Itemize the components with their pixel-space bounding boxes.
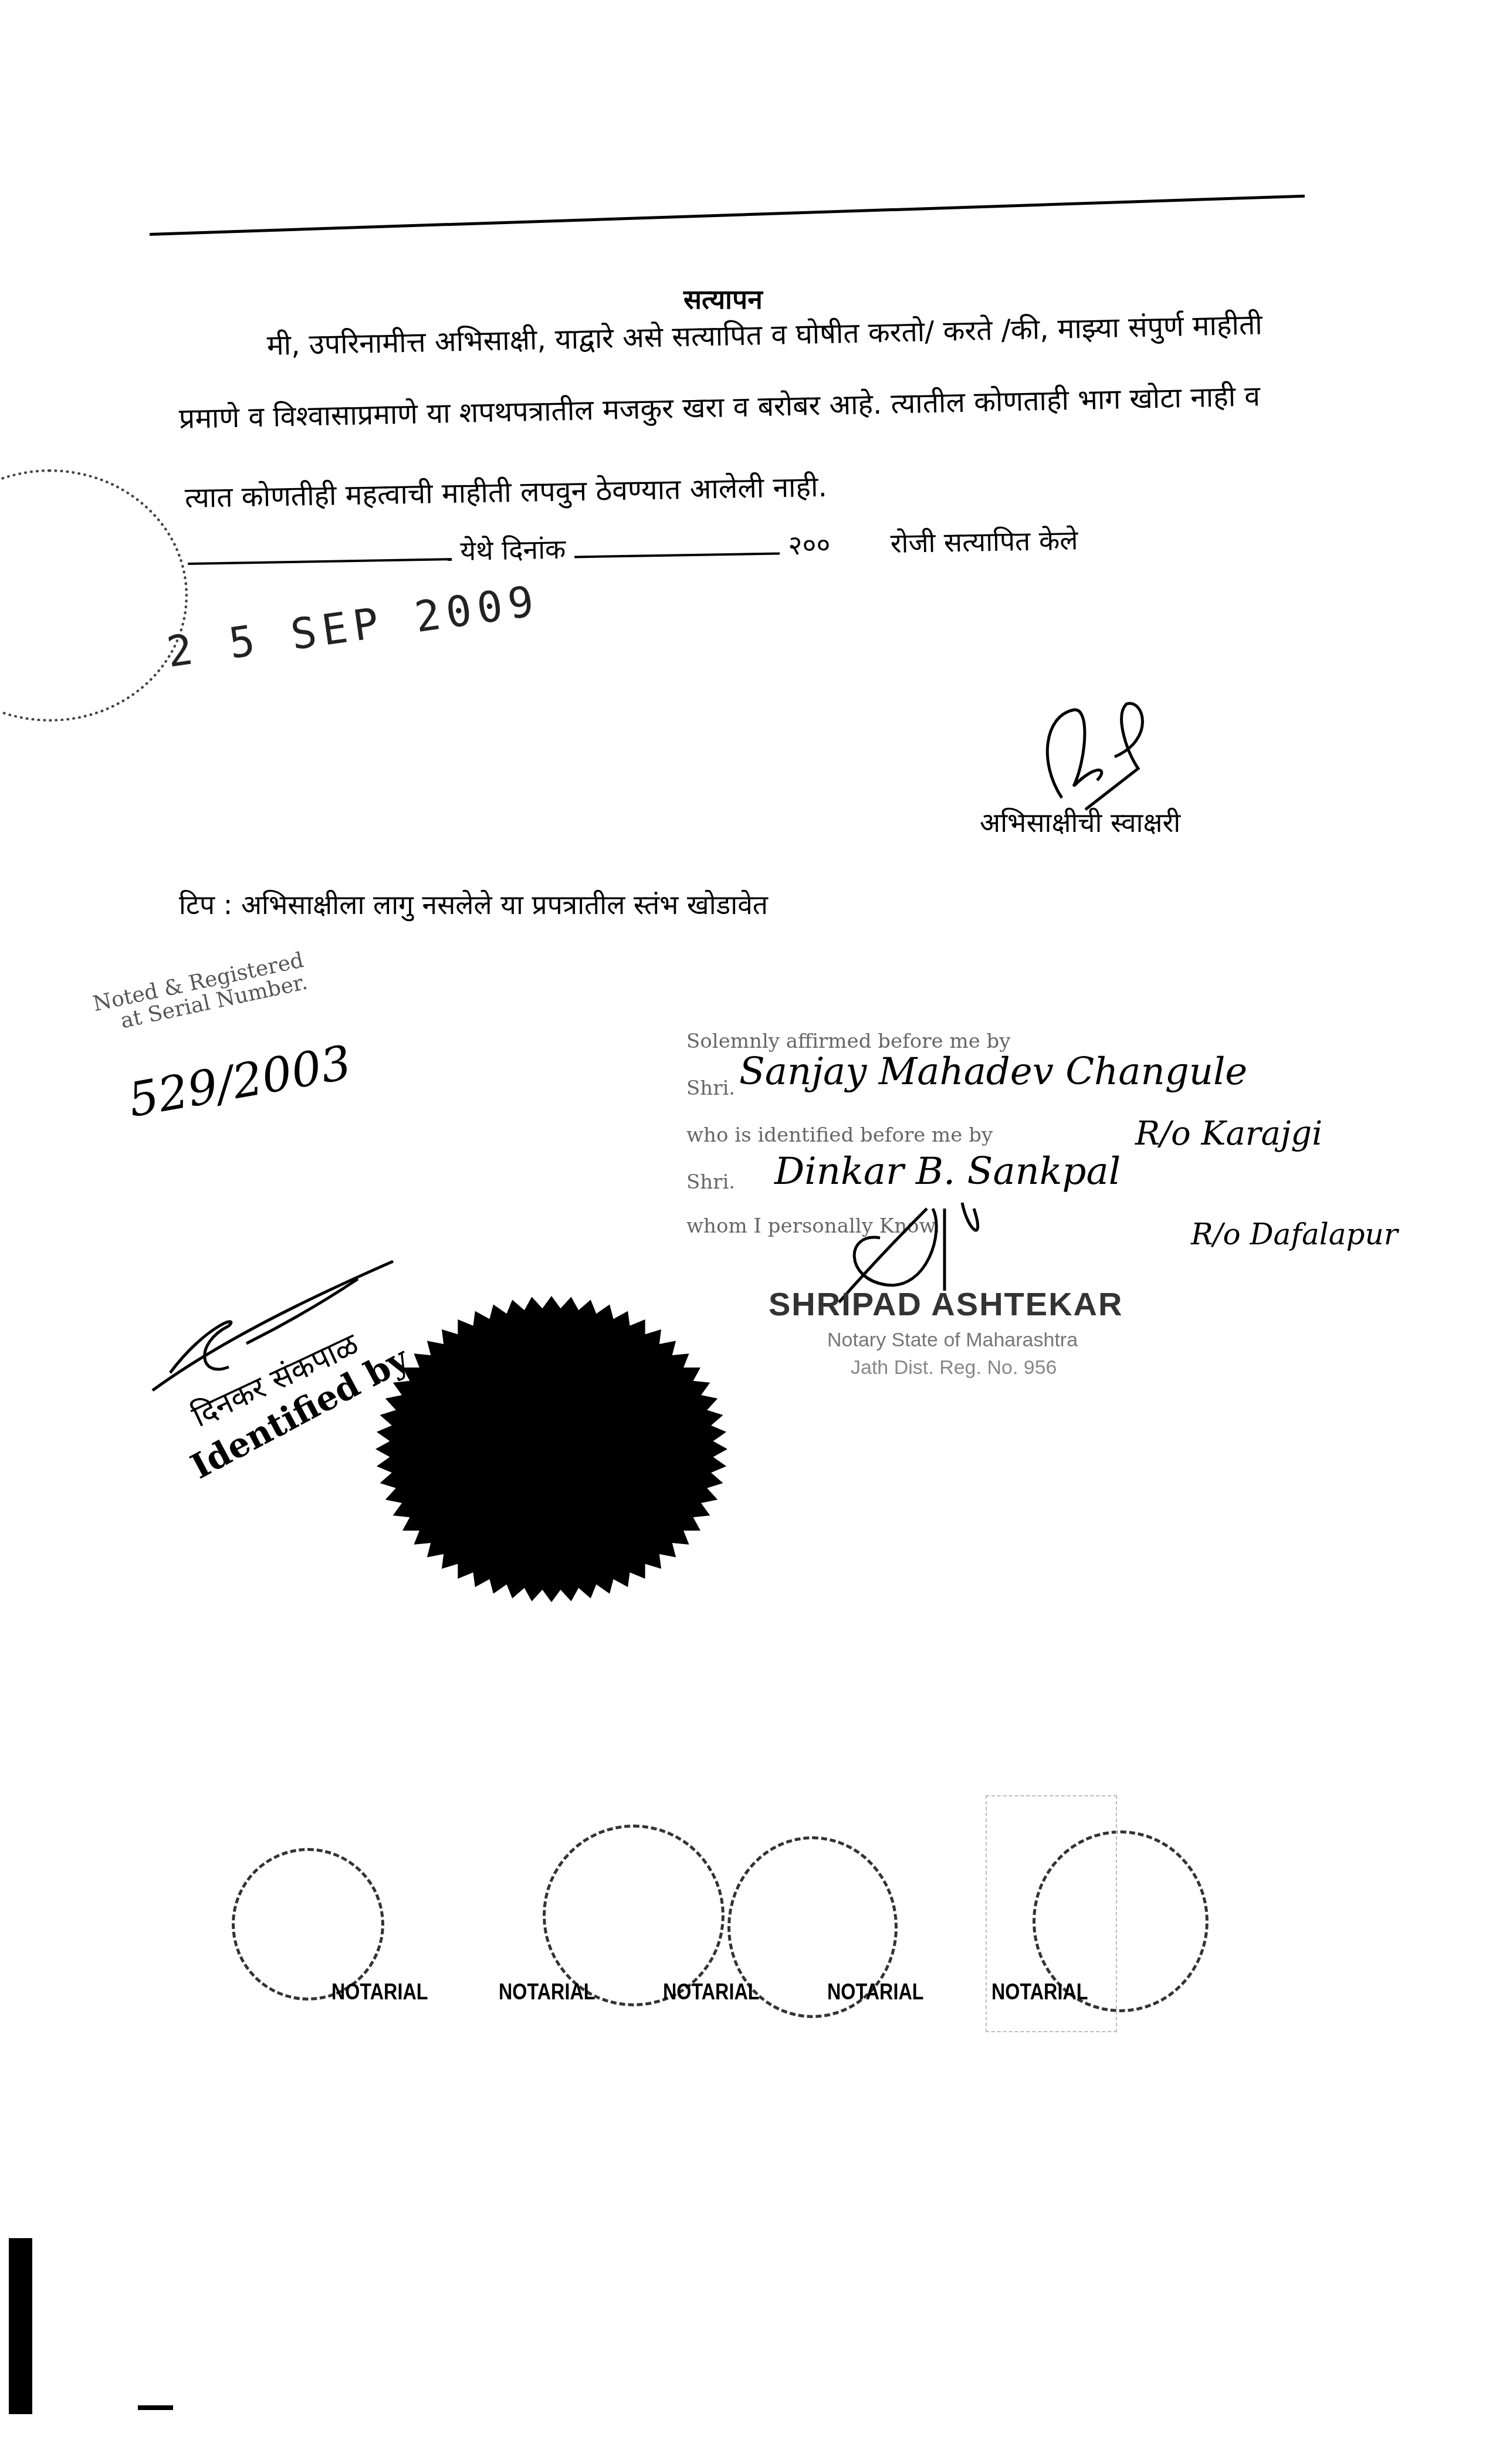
left-notary-seal — [0, 469, 188, 722]
date-blank — [574, 551, 780, 558]
heading: सत्यापन — [683, 280, 763, 317]
notary-title: Notary State of Maharashtra — [827, 1329, 1078, 1352]
place-blank — [188, 557, 452, 565]
scan-artifact — [9, 2238, 32, 2414]
at-date-label: येथे दिनांक — [460, 533, 566, 567]
identifier-place-handwritten: R/o Dafalapur — [1191, 1217, 1398, 1251]
place-date-line: येथे दिनांक २०० रोजी सत्यापित केले — [187, 522, 1078, 573]
affirmed-line: Solemnly affirmed before me by — [686, 1030, 1011, 1053]
shri-line-2: Shri. — [686, 1170, 735, 1194]
notarial-label-5: NOTARIAL — [991, 1980, 1088, 2005]
date-stamp: 2 5 SEP 2009 — [164, 576, 543, 676]
verified-suffix: रोजी सत्यापित केले — [890, 524, 1078, 560]
year-prefix: २०० — [788, 529, 831, 561]
notarial-label-2: NOTARIAL — [499, 1980, 595, 2005]
deponent-name-handwritten: Sanjay Mahadev Changule — [739, 1050, 1247, 1094]
serial-number: 529/2003 — [124, 1035, 356, 1128]
notary-reg-no: Jath Dist. Reg. No. 956 — [851, 1356, 1057, 1379]
verification-line-3: त्यात कोणतीही महत्वाची माहीती लपवुन ठेवण… — [184, 467, 827, 516]
embossed-seal — [364, 1285, 739, 1613]
identified-line: who is identified before me by — [686, 1123, 993, 1147]
scan-artifact-mark — [138, 2405, 173, 2410]
notarial-seal-1 — [232, 1848, 384, 2001]
notarial-label-4: NOTARIAL — [827, 1980, 923, 2005]
notarial-label-1: NOTARIAL — [331, 1980, 428, 2005]
notarial-seal-2 — [543, 1825, 725, 2006]
registration-stamp: Noted & Registered at Serial Number. — [45, 949, 310, 1047]
top-rule — [150, 195, 1305, 236]
identifier-name-handwritten: Dinkar B. Sankpal — [774, 1150, 1121, 1193]
notary-name: SHRIPAD ASHTEKAR — [769, 1285, 1123, 1323]
verification-line-2: प्रमाणे व विश्वासाप्रमाणे या शपथपत्रातील… — [178, 376, 1260, 437]
deponent-place-handwritten: R/o Karajgi — [1135, 1115, 1322, 1153]
deponent-signature-label: अभिसाक्षीची स्वाक्षरी — [980, 804, 1180, 840]
note: टिप : अभिसाक्षीला लागु नसलेले या प्रपत्र… — [179, 886, 768, 922]
notarial-label-3: NOTARIAL — [663, 1980, 759, 2005]
verification-line-1: मी, उपरिनामीत्त अभिसाक्षी, याद्वारे असे … — [266, 304, 1263, 364]
shri-line-1: Shri. — [686, 1077, 735, 1100]
